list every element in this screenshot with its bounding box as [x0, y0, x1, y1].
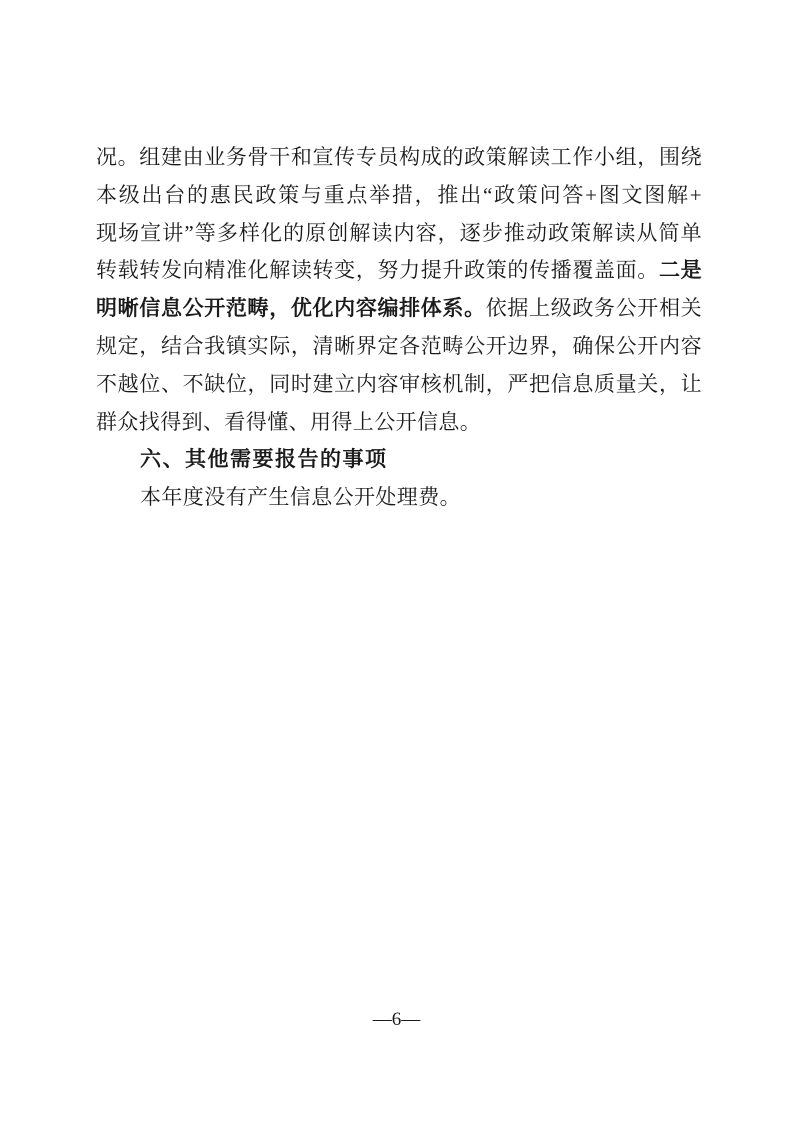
text-run: 二是	[659, 258, 702, 282]
text-run: 现场宣讲”等多样化的原创解读内容，逐步推动政策解读从简单	[96, 221, 702, 245]
text-line: 群众找得到、看得懂、用得上公开信息。	[96, 404, 702, 442]
text-run: 依据上级政务公开相关	[486, 296, 702, 320]
text-run: 明晰信息公开范畴，优化内容编排体系。	[96, 296, 486, 320]
document-page: 况。组建由业务骨干和宣传专员构成的政策解读工作小组，围绕本级出台的惠民政策与重点…	[0, 0, 793, 1122]
text-run: 转载转发向精准化解读转变，努力提升政策的传播覆盖面。	[96, 258, 659, 282]
text-line: 现场宣讲”等多样化的原创解读内容，逐步推动政策解读从简单	[96, 215, 702, 253]
text-line: 不越位、不缺位，同时建立内容审核机制，严把信息质量关，让	[96, 366, 702, 404]
text-line: 转载转发向精准化解读转变，努力提升政策的传播覆盖面。二是	[96, 252, 702, 290]
document-body: 况。组建由业务骨干和宣传专员构成的政策解读工作小组，围绕本级出台的惠民政策与重点…	[96, 139, 702, 517]
text-line: 况。组建由业务骨干和宣传专员构成的政策解读工作小组，围绕	[96, 139, 702, 177]
page-footer: —6—	[0, 1006, 793, 1034]
text-run: 本级出台的惠民政策与重点举措，推出“政策问答+图文图解+	[96, 183, 702, 207]
text-run: 不越位、不缺位，同时建立内容审核机制，严把信息质量关，让	[96, 372, 702, 396]
text-line: 本年度没有产生信息公开处理费。	[96, 479, 702, 517]
text-run: 六、其他需要报告的事项	[140, 448, 388, 471]
section-heading: 六、其他需要报告的事项	[96, 441, 702, 479]
text-line: 本级出台的惠民政策与重点举措，推出“政策问答+图文图解+	[96, 177, 702, 215]
text-run: 群众找得到、看得懂、用得上公开信息。	[96, 410, 481, 434]
text-run: 本年度没有产生信息公开处理费。	[140, 485, 461, 509]
text-line: 明晰信息公开范畴，优化内容编排体系。依据上级政务公开相关	[96, 290, 702, 328]
text-run: 况。组建由业务骨干和宣传专员构成的政策解读工作小组，围绕	[96, 145, 702, 169]
text-run: 规定，结合我镇实际，清晰界定各范畴公开边界，确保公开内容	[96, 334, 702, 358]
page-number: —6—	[373, 1009, 421, 1030]
text-line: 规定，结合我镇实际，清晰界定各范畴公开边界，确保公开内容	[96, 328, 702, 366]
